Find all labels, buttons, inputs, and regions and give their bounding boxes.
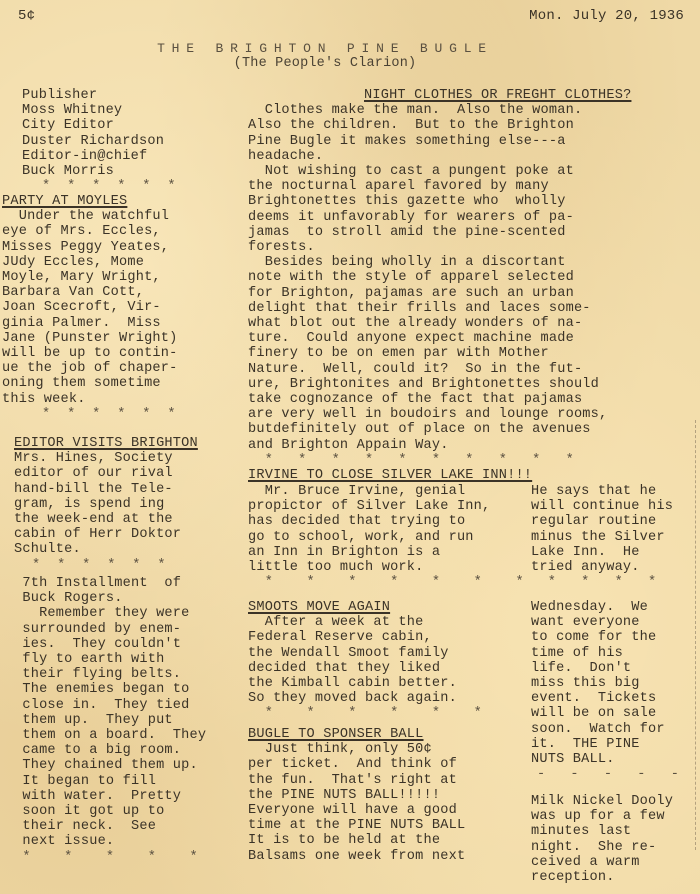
- article-line: editor of our rival: [14, 466, 198, 481]
- article-line: cabin of Herr Doktor: [14, 527, 198, 542]
- article-line: decided that they liked: [248, 661, 482, 676]
- article-line: want everyone: [531, 615, 679, 630]
- article-line: take cognozance of the fact that pajamas: [248, 392, 631, 407]
- article-bugle-ball: BUGLE TO SPONSER BALL Just think, only 5…: [248, 727, 465, 864]
- article-line: the Wendall Smoot family: [248, 646, 482, 661]
- staff-line: Buck Morris: [22, 164, 176, 179]
- staff-box: Publisher Moss Whitney City Editor Duste…: [22, 88, 176, 194]
- article-line: soon it got up to: [14, 804, 206, 819]
- article-line: the fun. That's right at: [248, 773, 465, 788]
- article-line: came to a big room.: [14, 743, 206, 758]
- article-line: ture. Could anyone expect machine made: [248, 331, 631, 346]
- article-line: Just think, only 50¢: [248, 742, 465, 757]
- article-line: for Brighton, pajamas are such an urban: [248, 286, 631, 301]
- article-line: Brightonettes this gazette who wholly: [248, 194, 631, 209]
- article-irvine-right: He says that he will continue his regula…: [531, 484, 673, 590]
- article-line: Everyone will have a good: [248, 803, 465, 818]
- article-line: their flying belts.: [14, 667, 206, 682]
- article-line: ceived a warm: [531, 855, 673, 870]
- headline: BUGLE TO SPONSER BALL: [248, 727, 465, 742]
- article-line: them on a board. They: [14, 728, 206, 743]
- article-line: surrounded by enem-: [14, 622, 206, 637]
- article-line: ies. They couldn't: [14, 637, 206, 652]
- article-line: ginia Palmer. Miss: [2, 316, 178, 331]
- article-line: Balsams one week from next: [248, 849, 465, 864]
- article-line: time of his: [531, 646, 679, 661]
- article-irvine-left: Mr. Bruce Irvine, genial propictor of Si…: [248, 484, 524, 590]
- staff-line: Duster Richardson: [22, 134, 176, 149]
- article-line: Schulte.: [14, 542, 198, 557]
- article-line: Misses Peggy Yeates,: [2, 240, 178, 255]
- article-line: minutes last: [531, 824, 673, 839]
- article-line: Nature. Well, could it? So in the fut-: [248, 362, 631, 377]
- staff-line: City Editor: [22, 118, 176, 133]
- article-line: NUTS BALL.: [531, 752, 679, 767]
- article-line: gram, is spend ing: [14, 497, 198, 512]
- article-line: are very well in boudoirs and lounge roo…: [248, 407, 631, 422]
- separator-dashes: - - - - -: [531, 767, 679, 782]
- article-line: it. THE PINE: [531, 737, 679, 752]
- article-line: the Kimball cabin better.: [248, 676, 482, 691]
- article-line: has decided that trying to: [248, 514, 524, 529]
- article-line: minus the Silver: [531, 530, 673, 545]
- article-party-at-moyles: PARTY AT MOYLES Under the watchful eye o…: [2, 194, 178, 422]
- article-line: headache.: [248, 149, 631, 164]
- headline: NIGHT CLOTHES OR FREGHT CLOTHES?: [248, 88, 631, 103]
- article-line: the nocturnal aparel favored by many: [248, 179, 631, 194]
- article-bugle-ball-continued: Wednesday. We want everyone to come for …: [531, 600, 679, 782]
- article-line: an Inn in Brighton is a: [248, 545, 524, 560]
- article-line: oning them sometime: [2, 376, 178, 391]
- separator-stars: * * * * * *: [14, 558, 198, 573]
- article-line: Besides being wholly in a discortant: [248, 255, 631, 270]
- article-line: go to school, work, and run: [248, 530, 524, 545]
- article-line: Remember they were: [14, 606, 206, 621]
- article-line: forests.: [248, 240, 631, 255]
- article-line: jamas to stroll amid the pine-scented: [248, 225, 631, 240]
- article-line: what blot out the already wonders of na-: [248, 316, 631, 331]
- article-line: reception.: [531, 870, 673, 885]
- headline: IRVINE TO CLOSE SILVER LAKE INN!!!: [248, 468, 532, 483]
- article-line: butdefinitely out of place on the avenue…: [248, 422, 631, 437]
- article-line: fly to earth with: [14, 652, 206, 667]
- article-line: little too much work.: [248, 560, 524, 575]
- separator-stars: * * * * * *: [248, 706, 482, 721]
- article-smoots: SMOOTS MOVE AGAIN After a week at the Fe…: [248, 600, 482, 722]
- article-line: delight that their frills and laces some…: [248, 301, 631, 316]
- article-line: time at the PINE NUTS BALL: [248, 818, 465, 833]
- article-line: close in. They tied: [14, 698, 206, 713]
- article-line: to come for the: [531, 630, 679, 645]
- article-line: propictor of Silver Lake Inn,: [248, 499, 524, 514]
- article-line: night. She re-: [531, 840, 673, 855]
- article-line: their neck. See: [14, 819, 206, 834]
- article-line: He says that he: [531, 484, 673, 499]
- headline: PARTY AT MOYLES: [2, 194, 178, 209]
- article-line: will be up to contin-: [2, 346, 178, 361]
- staff-line: Publisher: [22, 88, 176, 103]
- article-line: Wednesday. We: [531, 600, 679, 615]
- article-line: Jane (Punster Wright): [2, 331, 178, 346]
- article-line: Buck Rogers.: [14, 591, 206, 606]
- article-line: was up for a few: [531, 809, 673, 824]
- article-line: regular routine: [531, 514, 673, 529]
- article-line: After a week at the: [248, 615, 482, 630]
- article-line: Joan Scecroft, Vir-: [2, 300, 178, 315]
- article-line: Not wishing to cast a pungent poke at: [248, 164, 631, 179]
- article-line: will continue his: [531, 499, 673, 514]
- article-line: They chained them up.: [14, 758, 206, 773]
- issue-date: Mon. July 20, 1936: [529, 9, 684, 24]
- separator-stars: * * * * * * *: [248, 575, 524, 590]
- article-night-clothes: NIGHT CLOTHES OR FREGHT CLOTHES? Clothes…: [248, 88, 631, 468]
- article-line: tried anyway.: [531, 560, 673, 575]
- article-line: Federal Reserve cabin,: [248, 630, 482, 645]
- article-line: Milk Nickel Dooly: [531, 794, 673, 809]
- headline: EDITOR VISITS BRIGHTON: [14, 436, 198, 451]
- article-line: next issue.: [14, 834, 206, 849]
- article-line: So they moved back again.: [248, 691, 482, 706]
- masthead-title: THE BRIGHTON PINE BUGLE: [0, 41, 650, 56]
- article-line: Moyle, Mary Wright,: [2, 270, 178, 285]
- separator-stars: * * * *: [531, 575, 673, 590]
- staff-line: Editor-in@chief: [22, 149, 176, 164]
- article-line: Pine Bugle it makes something else---a: [248, 134, 631, 149]
- article-line: ue the job of chaper-: [2, 361, 178, 376]
- masthead-subtitle: (The People's Clarion): [0, 56, 650, 71]
- article-line: per ticket. And think of: [248, 757, 465, 772]
- separator-stars: * * * * * * * * * *: [248, 453, 631, 468]
- article-line: Mrs. Hines, Society: [14, 451, 198, 466]
- article-line: 7th Installment of: [14, 576, 206, 591]
- article-line: deems it unfavorably for wearers of pa-: [248, 210, 631, 225]
- article-line: Clothes make the man. Also the woman.: [248, 103, 631, 118]
- separator-stars: * * * * * *: [2, 407, 178, 422]
- article-line: them up. They put: [14, 713, 206, 728]
- article-line: miss this big: [531, 676, 679, 691]
- article-line: life. Don't: [531, 661, 679, 676]
- article-line: Mr. Bruce Irvine, genial: [248, 484, 524, 499]
- article-buck-rogers: 7th Installment of Buck Rogers. Remember…: [14, 576, 206, 865]
- article-line: Barbara Van Cott,: [2, 285, 178, 300]
- article-line: with water. Pretty: [14, 789, 206, 804]
- article-line: It began to fill: [14, 774, 206, 789]
- separator-stars: * * * * *: [14, 850, 206, 865]
- article-line: eye of Mrs. Eccles,: [2, 224, 178, 239]
- article-line: will be on sale: [531, 706, 679, 721]
- article-line: the PINE NUTS BALL!!!!!: [248, 788, 465, 803]
- article-line: and Brighton Appain Way.: [248, 438, 631, 453]
- staff-line: Moss Whitney: [22, 103, 176, 118]
- article-line: soon. Watch for: [531, 722, 679, 737]
- article-editor-visits: EDITOR VISITS BRIGHTON Mrs. Hines, Socie…: [14, 436, 198, 573]
- article-line: ure, Brightonites and Brightonettes shou…: [248, 377, 631, 392]
- article-line: note with the style of apparel selected: [248, 270, 631, 285]
- article-line: finery to be on emen par with Mother: [248, 346, 631, 361]
- article-line: JUdy Eccles, Mome: [2, 255, 178, 270]
- article-line: It is to be held at the: [248, 833, 465, 848]
- article-milk-nickel: Milk Nickel Dooly was up for a few minut…: [531, 794, 673, 885]
- article-line: The enemies began to: [14, 682, 206, 697]
- article-line: Also the children. But to the Brighton: [248, 118, 631, 133]
- article-line: hand-bill the Tele-: [14, 482, 198, 497]
- price: 5¢: [18, 9, 35, 24]
- separator-stars: * * * * * *: [22, 179, 176, 194]
- article-line: Under the watchful: [2, 209, 178, 224]
- page-edge-mark: [695, 420, 697, 850]
- article-irvine: IRVINE TO CLOSE SILVER LAKE INN!!!: [248, 468, 532, 483]
- headline-text: NIGHT CLOTHES OR FREGHT CLOTHES?: [364, 88, 631, 103]
- article-line: this week.: [2, 392, 178, 407]
- article-line: the week-end at the: [14, 512, 198, 527]
- headline: SMOOTS MOVE AGAIN: [248, 600, 482, 615]
- article-line: event. Tickets: [531, 691, 679, 706]
- article-line: Lake Inn. He: [531, 545, 673, 560]
